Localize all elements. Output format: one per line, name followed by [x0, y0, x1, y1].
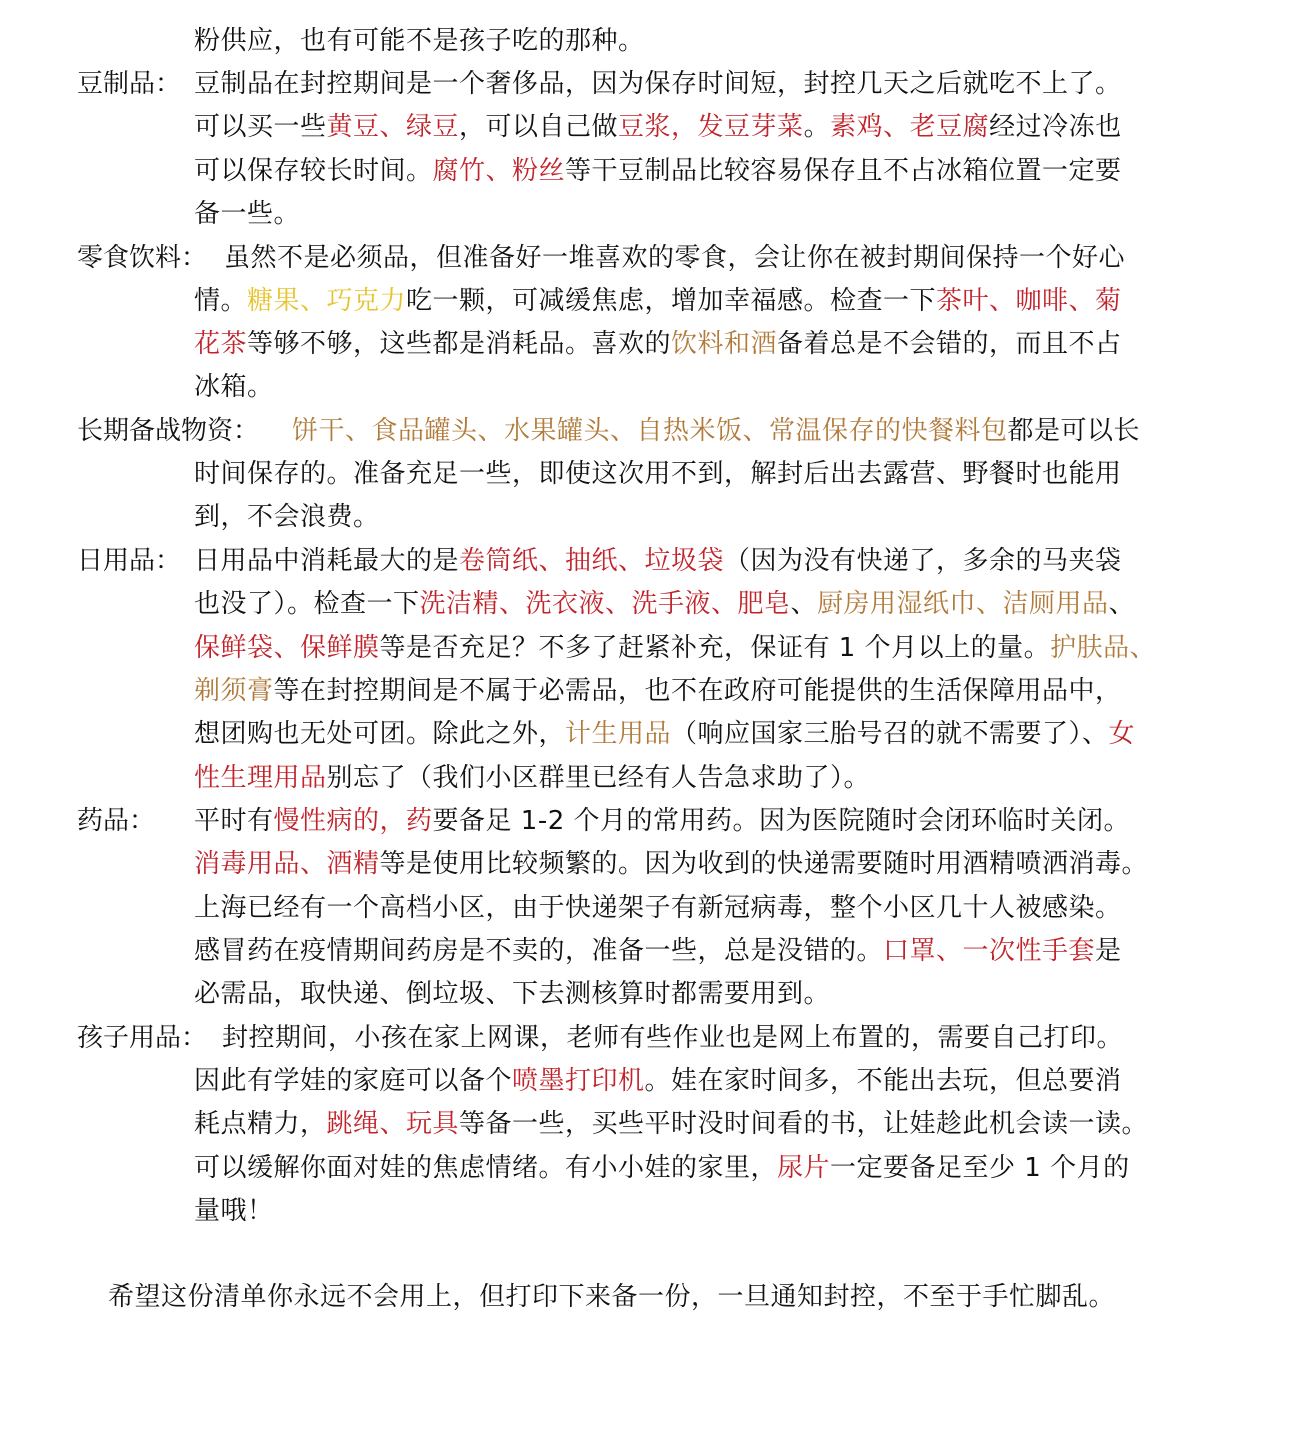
- highlighted-item: 保鲜袋、保鲜膜: [194, 633, 380, 663]
- text-line: 性生理用品别忘了（我们小区群里已经有人告急求助了）。: [194, 757, 870, 800]
- highlighted-item: 饮料和酒: [671, 329, 777, 359]
- closing-note: 希望这份清单你永远不会用上，但打印下来备一份，一旦通知封控，不至于手忙脚乱。: [108, 1276, 1115, 1319]
- highlighted-item: 厨房用湿纸巾、洁厕用品: [817, 589, 1109, 619]
- text-segment: 备着总是不会错的，而且不占: [777, 329, 1122, 359]
- text-segment: 一定要备足至少 1 个月的: [830, 1153, 1130, 1183]
- highlighted-item: 糖果、巧克力: [247, 286, 406, 316]
- text-segment: 时间保存的。准备充足一些，即使这次用不到，解封后出去露营、野餐时也能用: [194, 459, 1122, 489]
- highlighted-item: 卷筒纸、抽纸、垃圾袋: [459, 546, 724, 576]
- text-line: 豆制品在封控期间是一个奢侈品，因为保存时间短，封控几天之后就吃不上了。: [194, 63, 1122, 106]
- text-line: 虽然不是必须品，但准备好一堆喜欢的零食，会让你在被封期间保持一个好心: [224, 237, 1125, 280]
- highlighted-item: 剃须膏: [194, 676, 274, 706]
- text-segment: 因此有学娃的家庭可以备个: [194, 1066, 512, 1096]
- text-segment: 。娃在家时间多，不能出去玩，但总要消: [645, 1066, 1122, 1096]
- text-segment: 可以买一些: [194, 112, 327, 142]
- text-segment: 等干豆制品比较容易保存且不占冰箱位置一定要: [565, 156, 1122, 186]
- section-label: 药品：: [77, 800, 155, 843]
- highlighted-item: 性生理用品: [194, 763, 327, 793]
- highlighted-item: 素鸡、老豆腐: [830, 112, 989, 142]
- text-segment: 要备足 1-2 个月的常用药。因为医院随时会闭环临时关闭。: [433, 806, 1131, 836]
- text-line: 冰箱。: [194, 366, 274, 409]
- text-segment: 等备一些，买些平时没时间看的书，让娃趁此机会读一读。: [459, 1109, 1148, 1139]
- text-segment: 可以保存较长时间。: [194, 156, 433, 186]
- text-segment: 耗点精力，: [194, 1109, 327, 1139]
- section-label: 孩子用品：: [77, 1017, 207, 1060]
- highlighted-item: 慢性病的，药: [274, 806, 433, 836]
- text-segment: 到，不会浪费。: [194, 502, 380, 532]
- text-line: 可以缓解你面对娃的焦虑情绪。有小小娃的家里，尿片一定要备足至少 1 个月的: [194, 1147, 1130, 1190]
- text-segment: 备一些。: [194, 199, 300, 229]
- text-segment: 上海已经有一个高档小区，由于快递架子有新冠病毒，整个小区几十人被感染。: [194, 893, 1122, 923]
- section-label: 零食饮料：: [77, 237, 207, 280]
- highlighted-item: 女: [1109, 719, 1136, 749]
- text-segment: 粉供应，也有可能不是孩子吃的那种。: [194, 26, 645, 56]
- text-line: 时间保存的。准备充足一些，即使这次用不到，解封后出去露营、野餐时也能用: [194, 453, 1122, 496]
- text-line: 耗点精力，跳绳、玩具等备一些，买些平时没时间看的书，让娃趁此机会读一读。: [194, 1103, 1148, 1146]
- text-segment: 等在封控期间是不属于必需品，也不在政府可能提供的生活保障用品中，: [274, 676, 1122, 706]
- text-line: 到，不会浪费。: [194, 496, 380, 539]
- highlighted-item: 计生用品: [565, 719, 671, 749]
- text-segment: （因为没有快递了，多余的马夹袋: [724, 546, 1122, 576]
- highlighted-item: 喷墨打印机: [512, 1066, 645, 1096]
- text-segment: 日用品中消耗最大的是: [194, 546, 459, 576]
- highlighted-item: 花茶: [194, 329, 247, 359]
- text-segment: 必需品，取快递、倒垃圾、下去测核算时都需要用到。: [194, 979, 830, 1009]
- text-segment: 豆制品在封控期间是一个奢侈品，因为保存时间短，封控几天之后就吃不上了。: [194, 69, 1122, 99]
- text-line: 保鲜袋、保鲜膜等是否充足？不多了赶紧补充，保证有 1 个月以上的量。护肤品、: [194, 627, 1156, 670]
- text-segment: 。: [804, 112, 831, 142]
- text-segment: 吃一颗，可减缓焦虑，增加幸福感。检查一下: [406, 286, 936, 316]
- text-segment: 都是可以长: [1008, 416, 1141, 446]
- text-segment: 平时有: [194, 806, 274, 836]
- text-line: 粉供应，也有可能不是孩子吃的那种。: [194, 20, 645, 63]
- highlighted-item: 洗洁精、洗衣液、洗手液、肥皂: [420, 589, 791, 619]
- highlighted-item: 豆浆，发豆芽菜: [618, 112, 804, 142]
- text-line: 平时有慢性病的，药要备足 1-2 个月的常用药。因为医院随时会闭环临时关闭。: [194, 800, 1130, 843]
- text-segment: 量哦！: [194, 1196, 274, 1226]
- highlighted-item: 口罩、一次性手套: [883, 936, 1095, 966]
- text-segment: 等是使用比较频繁的。因为收到的快递需要随时用酒精喷洒消毒。: [380, 849, 1149, 879]
- text-segment: 感冒药在疫情期间药房是不卖的，准备一些，总是没错的。: [194, 936, 883, 966]
- text-segment: 想团购也无处可团。除此之外，: [194, 719, 565, 749]
- text-segment: 封控期间，小孩在家上网课，老师有些作业也是网上布置的，需要自己打印。: [222, 1023, 1123, 1053]
- text-segment: 经过冷冻也: [989, 112, 1122, 142]
- highlighted-item: 护肤品、: [1050, 633, 1156, 663]
- highlighted-item: 黄豆、绿豆: [327, 112, 460, 142]
- text-line: 花茶等够不够，这些都是消耗品。喜欢的饮料和酒备着总是不会错的，而且不占: [194, 323, 1122, 366]
- text-segment: 别忘了（我们小区群里已经有人告急求助了）。: [327, 763, 871, 793]
- text-line: 备一些。: [194, 193, 300, 236]
- text-line: 想团购也无处可团。除此之外，计生用品（响应国家三胎号召的就不需要了）、女: [194, 713, 1135, 756]
- text-segment: （响应国家三胎号召的就不需要了）、: [671, 719, 1109, 749]
- text-segment: 、: [1109, 589, 1136, 619]
- text-segment: 是: [1095, 936, 1122, 966]
- text-segment: 可以缓解你面对娃的焦虑情绪。有小小娃的家里，: [194, 1153, 777, 1183]
- text-line: 饼干、食品罐头、水果罐头、自热米饭、常温保存的快餐料包都是可以长: [292, 410, 1140, 453]
- text-line: 量哦！: [194, 1190, 274, 1233]
- highlighted-item: 饼干、食品罐头、水果罐头、自热米饭、常温保存的快餐料包: [292, 416, 1008, 446]
- section-label: 日用品：: [77, 540, 181, 583]
- text-line: 日用品中消耗最大的是卷筒纸、抽纸、垃圾袋（因为没有快递了，多余的马夹袋: [194, 540, 1122, 583]
- text-segment: ，可以自己做: [459, 112, 618, 142]
- text-line: 封控期间，小孩在家上网课，老师有些作业也是网上布置的，需要自己打印。: [222, 1017, 1123, 1060]
- highlighted-item: 尿片: [777, 1153, 830, 1183]
- text-segment: 虽然不是必须品，但准备好一堆喜欢的零食，会让你在被封期间保持一个好心: [224, 243, 1125, 273]
- text-line: 必需品，取快递、倒垃圾、下去测核算时都需要用到。: [194, 973, 830, 1016]
- highlighted-item: 茶叶、咖啡、菊: [936, 286, 1122, 316]
- highlighted-item: 跳绳、玩具: [327, 1109, 460, 1139]
- text-line: 也没了）。检查一下洗洁精、洗衣液、洗手液、肥皂、厨房用湿纸巾、洁厕用品、: [194, 583, 1135, 626]
- text-segment: 等是否充足？不多了赶紧补充，保证有 1 个月以上的量。: [380, 633, 1051, 663]
- text-segment: 等够不够，这些都是消耗品。喜欢的: [247, 329, 671, 359]
- highlighted-item: 腐竹、粉丝: [433, 156, 566, 186]
- text-line: 感冒药在疫情期间药房是不卖的，准备一些，总是没错的。口罩、一次性手套是: [194, 930, 1122, 973]
- text-segment: 冰箱。: [194, 372, 274, 402]
- text-line: 消毒用品、酒精等是使用比较频繁的。因为收到的快递需要随时用酒精喷洒消毒。: [194, 843, 1148, 886]
- highlighted-item: 消毒用品、酒精: [194, 849, 380, 879]
- text-line: 因此有学娃的家庭可以备个喷墨打印机。娃在家时间多，不能出去玩，但总要消: [194, 1060, 1122, 1103]
- text-line: 情。糖果、巧克力吃一颗，可减缓焦虑，增加幸福感。检查一下茶叶、咖啡、菊: [194, 280, 1122, 323]
- text-segment: 也没了）。检查一下: [194, 589, 420, 619]
- text-segment: 、: [791, 589, 818, 619]
- section-label: 长期备战物资：: [77, 410, 259, 453]
- text-line: 可以买一些黄豆、绿豆，可以自己做豆浆，发豆芽菜。素鸡、老豆腐经过冷冻也: [194, 106, 1122, 149]
- section-label: 豆制品：: [77, 63, 181, 106]
- text-line: 上海已经有一个高档小区，由于快递架子有新冠病毒，整个小区几十人被感染。: [194, 887, 1122, 930]
- text-segment: 情。: [194, 286, 247, 316]
- text-line: 可以保存较长时间。腐竹、粉丝等干豆制品比较容易保存且不占冰箱位置一定要: [194, 150, 1122, 193]
- text-line: 剃须膏等在封控期间是不属于必需品，也不在政府可能提供的生活保障用品中，: [194, 670, 1122, 713]
